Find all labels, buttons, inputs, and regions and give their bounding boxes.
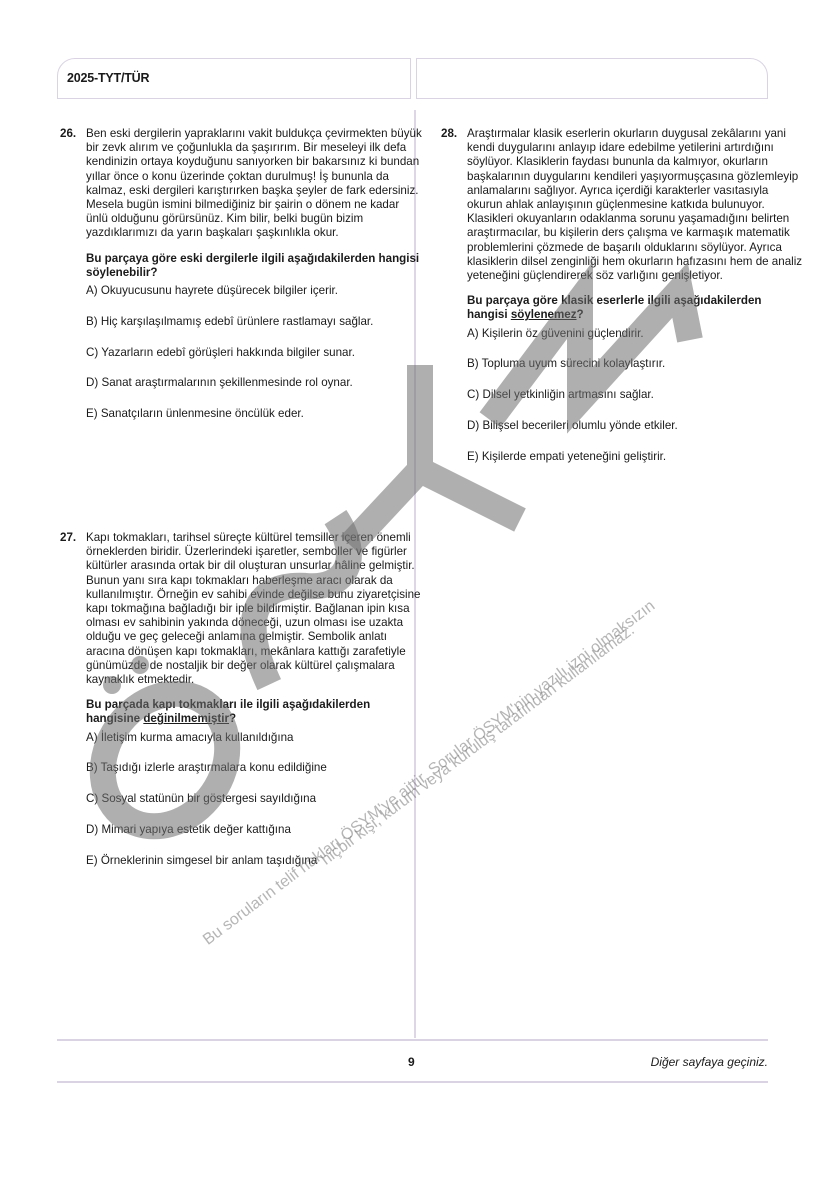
header-left-box: 2025-TYT/TÜR — [57, 58, 411, 99]
page-number: 9 — [408, 1055, 415, 1069]
option-a: A) Kişilerin öz güvenini güçlendirir. — [467, 327, 803, 341]
footer-bottom-rule — [57, 1081, 768, 1083]
question-prompt: Bu parçaya göre klasik eserlerle ilgili … — [467, 294, 803, 322]
option-e: E) Örneklerinin simgesel bir anlam taşıd… — [86, 854, 422, 868]
option-c: C) Dilsel yetkinliğin artmasını sağlar. — [467, 388, 803, 402]
option-e: E) Kişilerde empati yeteneğini geliştiri… — [467, 450, 803, 464]
exam-title: 2025-TYT/TÜR — [67, 71, 149, 85]
option-a: A) İletişim kurma amacıyla kullanıldığın… — [86, 731, 422, 745]
question-28: 28. Araştırmalar klasik eserlerin okurla… — [467, 127, 803, 464]
option-c: C) Yazarların edebî görüşleri hakkında b… — [86, 346, 422, 360]
question-number: 27. — [60, 531, 76, 545]
option-b: B) Taşıdığı izlerle araştırmalara konu e… — [86, 761, 422, 775]
option-e: E) Sanatçıların ünlenmesine öncülük eder… — [86, 407, 422, 421]
question-stem: Ben eski dergilerin yapraklarını vakit b… — [86, 127, 422, 241]
footer-top-rule — [57, 1039, 768, 1041]
question-stem: Araştırmalar klasik eserlerin okurların … — [467, 127, 803, 283]
option-b: B) Hiç karşılaşılmamış edebî ürünlere ra… — [86, 315, 422, 329]
question-number: 26. — [60, 127, 76, 141]
question-stem: Kapı tokmakları, tarihsel süreçte kültür… — [86, 531, 422, 687]
question-prompt: Bu parçaya göre eski dergilerle ilgili a… — [86, 252, 422, 280]
question-prompt: Bu parçada kapı tokmakları ile ilgili aş… — [86, 698, 422, 726]
next-page-note: Diğer sayfaya geçiniz. — [651, 1055, 768, 1069]
option-d: D) Bilişsel becerileri olumlu yönde etki… — [467, 419, 803, 433]
question-number: 28. — [441, 127, 457, 141]
option-a: A) Okuyucusunu hayrete düşürecek bilgile… — [86, 284, 422, 298]
question-26: 26. Ben eski dergilerin yapraklarını vak… — [86, 127, 422, 421]
header-right-box — [416, 58, 768, 99]
option-b: B) Topluma uyum sürecini kolaylaştırır. — [467, 357, 803, 371]
option-d: D) Sanat araştırmalarının şekillenmesind… — [86, 376, 422, 390]
